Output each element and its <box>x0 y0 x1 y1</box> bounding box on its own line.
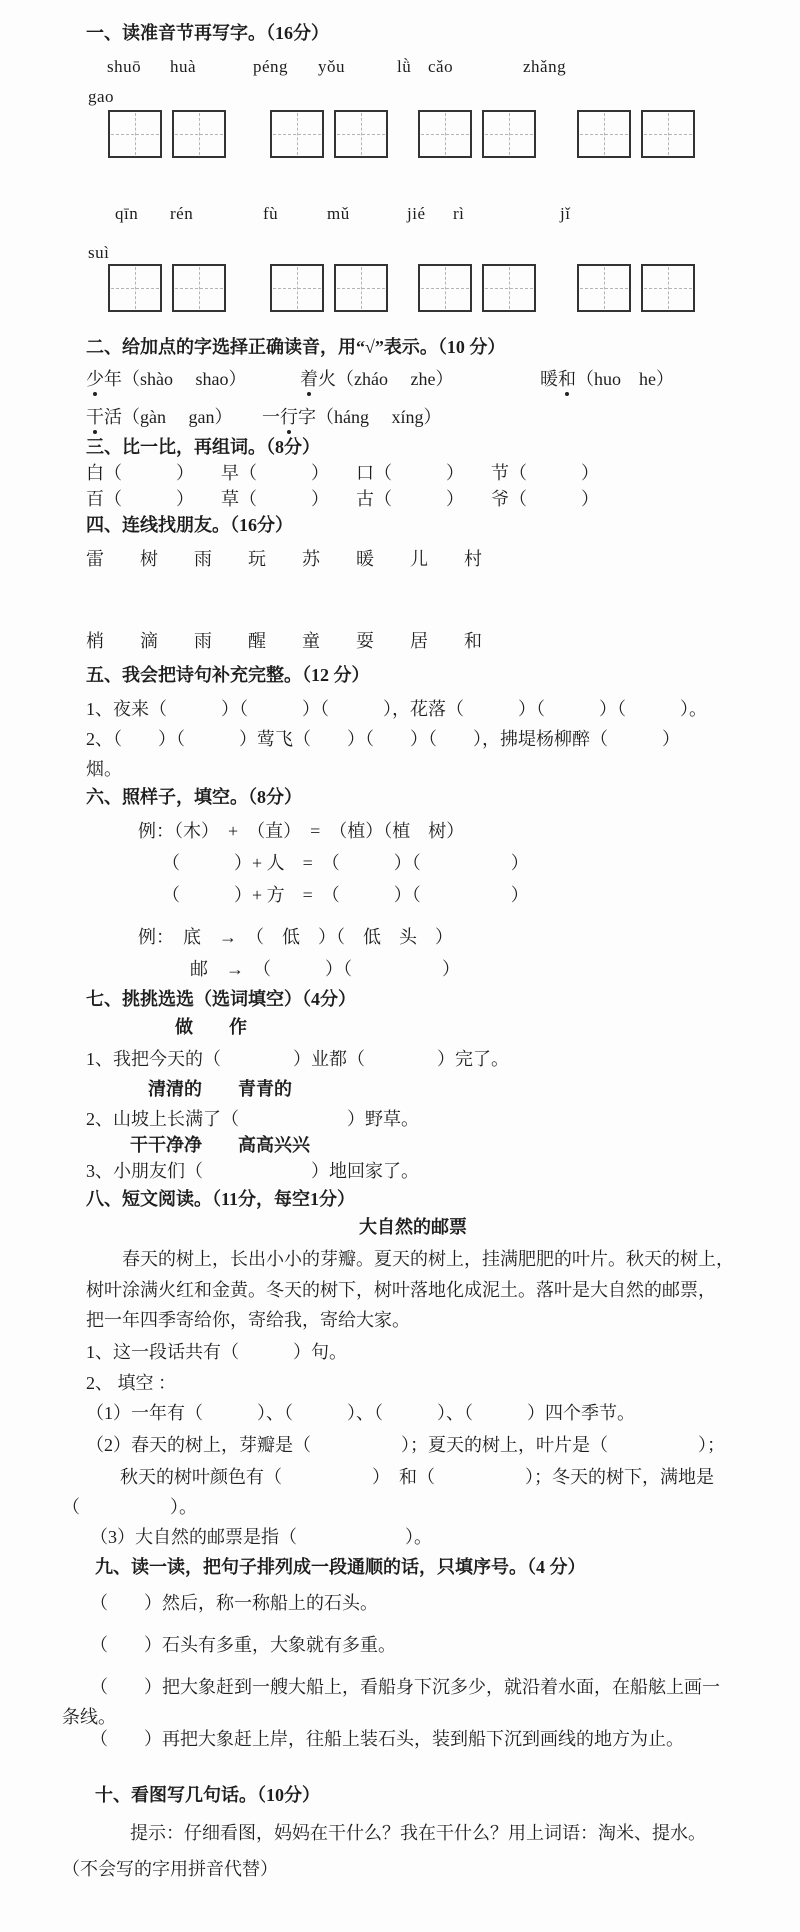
item-text: 字 <box>298 407 316 427</box>
section-1-heading: 一、读准音节再写字。（16分） <box>86 22 329 45</box>
item-text: 暖 <box>540 369 558 389</box>
test-paper: 一、读准音节再写字。（16分） shuō huà péng yǒu lǜ cǎo… <box>0 0 800 1932</box>
question-line: 2、 填空 ： <box>86 1372 176 1395</box>
sort-item: （ ）再把大象赶上岸，往船上装石头，装到船下沉到画线的地方为止。 <box>90 1728 684 1751</box>
dotted-char: 和 <box>558 368 576 391</box>
section-9-heading: 九、读一读，把句子排列成一段通顺的话，只填序号。（4 分） <box>95 1556 586 1579</box>
fill-line: （ ）+ 人 = （ ）（ ） <box>162 852 529 875</box>
poem-line: 2、（ ）（ ）莺飞（ ）（ ）（ ），拂堤杨柳醉（ ） <box>86 728 680 751</box>
pronunciation-item: 少年（shào shao） <box>86 368 247 391</box>
writing-grid-box <box>172 264 226 312</box>
section-5-heading: 五、我会把诗句补充完整。（12 分） <box>86 664 370 687</box>
section-10-heading: 十、看图写几句话。（10分） <box>95 1784 320 1807</box>
writing-grid-box <box>334 264 388 312</box>
item-text: 一 <box>262 407 280 427</box>
pinyin-syllable: zhǎng <box>523 58 566 77</box>
passage-title: 大自然的邮票 <box>86 1216 740 1239</box>
matching-row-bottom: 梢 滴 雨 醒 童 耍 居 和 <box>86 630 482 653</box>
dotted-char: 干 <box>86 406 104 429</box>
writing-grid-pair <box>418 264 536 312</box>
pinyin-syllable: fù <box>263 205 278 224</box>
question-line: 3、小朋友们（ ）地回家了。 <box>86 1160 419 1183</box>
question-line: 秋天的树叶颜色有（ ） 和（ ）；冬天的树下，满地是 <box>120 1466 714 1489</box>
writing-grid-box <box>108 110 162 158</box>
question-line: （2）春天的树上，芽瓣是（ ）；夏天的树上，叶片是（ ）； <box>86 1434 725 1457</box>
pinyin-syllable: rì <box>453 205 464 224</box>
question-line: 1、这一段话共有（ ）句。 <box>86 1341 347 1364</box>
writing-grid-box <box>334 110 388 158</box>
pronunciation-item: 干活（gàn gan） <box>86 406 232 429</box>
section-8-heading: 八、短文阅读。（11分，每空1分） <box>86 1188 355 1211</box>
writing-grid-box <box>418 110 472 158</box>
pinyin-options: （gàn gan） <box>122 407 232 427</box>
pinyin-syllable: gao <box>88 88 114 107</box>
dotted-char: 行 <box>280 406 298 429</box>
section-2-heading: 二、给加点的字选择正确读音，用“√”表示。（10 分） <box>86 336 505 359</box>
writing-grid-box <box>482 264 536 312</box>
word-compare-row: 百（ ） 草（ ） 古（ ） 爷（ ） <box>86 488 599 511</box>
writing-grid-box <box>172 110 226 158</box>
passage-line: 树叶涂满火红和金黄。冬天的树下，树叶落地化成泥土。落叶是大自然的邮票， <box>86 1279 716 1302</box>
section-4-heading: 四、连线找朋友。（16分） <box>86 514 293 537</box>
writing-grid-pair <box>418 110 536 158</box>
writing-grid-pair <box>108 264 226 312</box>
pronunciation-item: 一行字（háng xíng） <box>262 406 442 429</box>
pinyin-syllable: suì <box>88 244 109 263</box>
pinyin-syllable: huà <box>170 58 196 77</box>
writing-grid-box <box>270 110 324 158</box>
pinyin-options: （huo he） <box>576 369 674 389</box>
question-line: 2、山坡上长满了（ ）野草。 <box>86 1108 419 1131</box>
matching-row-top: 雷 树 雨 玩 苏 暖 儿 村 <box>86 548 482 571</box>
pinyin-syllable: jǐ <box>560 205 570 224</box>
pinyin-options: （shào shao） <box>122 369 247 389</box>
writing-grid-box <box>270 264 324 312</box>
fill-line: （ ）+ 方 = （ ）（ ） <box>162 884 529 907</box>
example-line: 例： 底 → （ 低 ）（ 低 头 ） <box>138 926 453 949</box>
writing-grid-box <box>482 110 536 158</box>
writing-grid-box <box>577 264 631 312</box>
item-text: 火 <box>318 369 336 389</box>
question-line: （3）大自然的邮票是指（ ）。 <box>90 1526 432 1549</box>
question-line: （ ）。 <box>62 1496 197 1519</box>
writing-grid-pair <box>270 264 388 312</box>
sort-item: （ ）然后，称一称船上的石头。 <box>90 1592 378 1615</box>
pinyin-syllable: qīn <box>115 205 138 224</box>
dotted-char: 着 <box>300 368 318 391</box>
poem-line: 1、夜来（ ）（ ）（ ），花落（ ）（ ）（ ）。 <box>86 698 707 721</box>
word-bank: 干干净净 高高兴兴 <box>130 1134 310 1157</box>
pinyin-options: （zháo zhe） <box>336 369 453 389</box>
question-line: （1）一年有（ ）、（ ）、（ ）、（ ）四个季节。 <box>86 1402 635 1425</box>
passage-line: 把一年四季寄给你，寄给我，寄给大家。 <box>86 1309 410 1332</box>
writing-grid-pair <box>108 110 226 158</box>
pinyin-syllable: lǜ <box>397 58 411 77</box>
pinyin-syllable: mǔ <box>327 205 350 224</box>
item-text: 活 <box>104 407 122 427</box>
pinyin-syllable: shuō <box>107 58 141 77</box>
sort-item: （ ）石头有多重，大象就有多重。 <box>90 1634 396 1657</box>
example-line: 例：（木） + （直） = （植）（植 树） <box>138 820 464 843</box>
passage-line: 春天的树上，长出小小的芽瓣。夏天的树上，挂满肥肥的叶片。秋天的树上， <box>86 1248 734 1271</box>
hint-line: 提示：仔细看图，妈妈在干什么？我在干什么？用上词语：淘米、提水。 <box>130 1822 706 1845</box>
dotted-char: 少 <box>86 368 104 391</box>
writing-grid-pair <box>270 110 388 158</box>
sort-item: （ ）把大象赶到一艘大船上，看船身下沉多少，就沿着水面，在船舷上画一条线。 <box>62 1672 727 1732</box>
pinyin-options: （háng xíng） <box>316 407 442 427</box>
pronunciation-item: 暖和（huo he） <box>540 368 674 391</box>
writing-grid-box <box>577 110 631 158</box>
section-7-heading: 七、挑挑选选（选词填空）（4分） <box>86 988 356 1011</box>
poem-line: 烟。 <box>86 758 122 781</box>
writing-grid-box <box>641 264 695 312</box>
pinyin-syllable: péng <box>253 58 288 77</box>
writing-grid-box <box>641 110 695 158</box>
section-3-heading: 三、比一比，再组词。（8分） <box>86 436 320 459</box>
note-line: （不会写的字用拼音代替） <box>62 1858 278 1881</box>
word-bank: 清清的 青青的 <box>148 1078 292 1101</box>
writing-grid-box <box>108 264 162 312</box>
pinyin-syllable: yǒu <box>318 58 345 77</box>
word-compare-row: 白（ ） 早（ ） 口（ ） 节（ ） <box>86 462 599 485</box>
word-bank: 做 作 <box>175 1016 247 1039</box>
question-line: 1、我把今天的（ ）业都（ ）完了。 <box>86 1048 509 1071</box>
writing-grid-box <box>418 264 472 312</box>
section-6-heading: 六、照样子，填空。（8分） <box>86 786 302 809</box>
item-text: 年 <box>104 369 122 389</box>
pronunciation-item: 着火（zháo zhe） <box>300 368 453 391</box>
pinyin-syllable: rén <box>170 205 193 224</box>
writing-grid-pair <box>577 110 695 158</box>
pinyin-syllable: cǎo <box>428 58 453 77</box>
pinyin-syllable: jié <box>407 205 426 224</box>
writing-grid-pair <box>577 264 695 312</box>
fill-line: 邮 → （ ）（ ） <box>190 958 460 981</box>
